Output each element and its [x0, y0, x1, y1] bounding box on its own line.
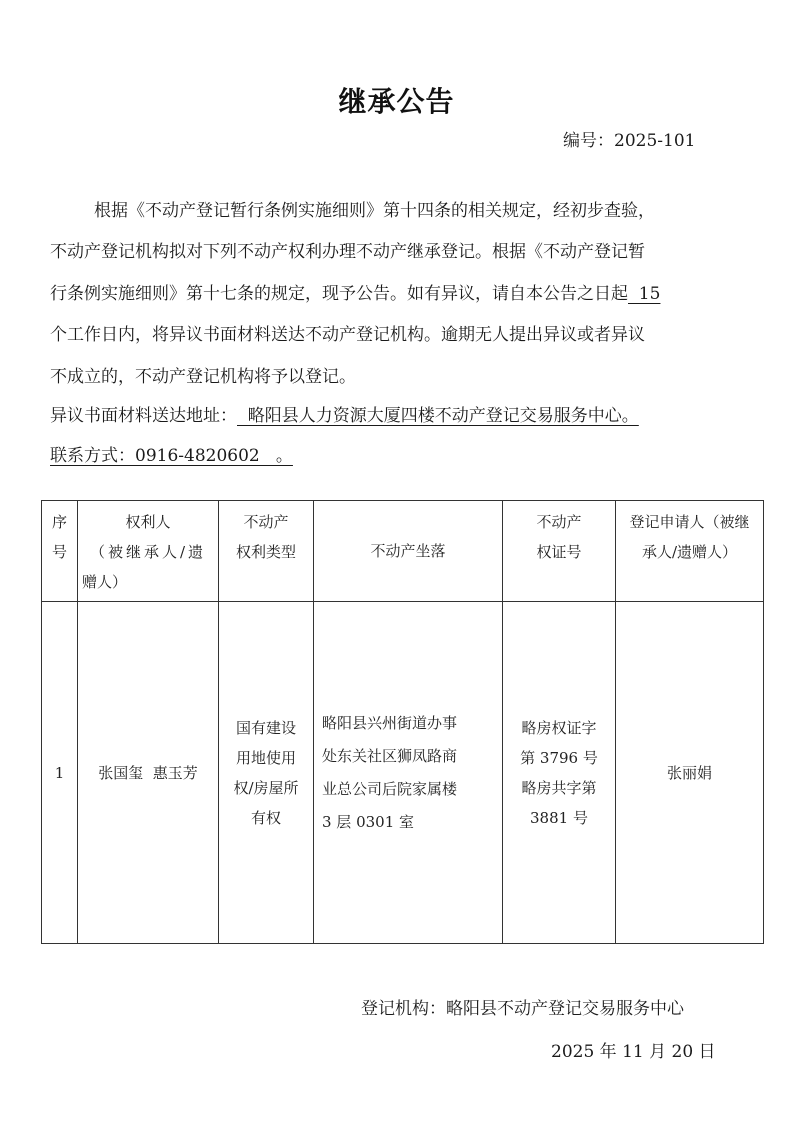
table-header-row: 序 号 权利人 （被继承人/遗 赠人） 不动产 权利类型 不动产坐落 不动产 权…	[42, 501, 764, 602]
cell-right-type: 国有建设 用地使用 权/房屋所 有权	[219, 602, 314, 944]
table-row: 1 张国玺 惠玉芳 国有建设 用地使用 权/房屋所 有权 略阳县兴州街道办事 处…	[42, 602, 764, 944]
body-paragraph-line-5: 不成立的，不动产登记机构将予以登记。	[50, 362, 750, 392]
header-right-holder: 权利人 （被继承人/遗 赠人）	[78, 501, 219, 602]
body-paragraph-line-1: 根据《不动产登记暂行条例实施细则》第十四条的相关规定，经初步查验，	[50, 196, 750, 226]
document-number: 编号：2025-101	[563, 126, 695, 151]
cell-applicant: 张丽娟	[616, 602, 764, 944]
header-index: 序 号	[42, 501, 78, 602]
header-certificate: 不动产 权证号	[503, 501, 616, 602]
cell-index: 1	[42, 602, 78, 944]
objection-period-days: 15	[628, 284, 660, 304]
body-paragraph-line-3: 行条例实施细则》第十七条的规定，现予公告。如有异议，请自本公告之日起 15	[50, 279, 750, 309]
registration-authority: 登记机构：略阳县不动产登记交易服务中心	[361, 994, 684, 1019]
address-label: 异议书面材料送达地址：	[50, 406, 237, 426]
cell-location: 略阳县兴州街道办事 处东关社区狮凤路商 业总公司后院家属楼 3 层 0301 室	[314, 602, 503, 944]
address-value: 略阳县人力资源大厦四楼不动产登记交易服务中心。	[237, 406, 639, 426]
body-text: 行条例实施细则》第十七条的规定，现予公告。如有异议，请自本公告之日起	[50, 284, 628, 304]
cell-right-holders: 张国玺 惠玉芳	[78, 602, 219, 944]
registration-table: 序 号 权利人 （被继承人/遗 赠人） 不动产 权利类型 不动产坐落 不动产 权…	[41, 500, 764, 944]
header-right-type: 不动产 权利类型	[219, 501, 314, 602]
announcement-date: 2025 年 11 月 20 日	[551, 1037, 716, 1062]
document-title: 继承公告	[0, 80, 793, 120]
body-paragraph-line-2: 不动产登记机构拟对下列不动产权利办理不动产继承登记。根据《不动产登记暂	[50, 237, 750, 267]
body-text: 根据《不动产登记暂行条例实施细则》第十四条的相关规定，经初步查验，	[94, 201, 655, 221]
body-paragraph-line-4: 个工作日内，将异议书面材料送达不动产登记机构。逾期无人提出异议或者异议	[50, 320, 750, 350]
objection-address: 异议书面材料送达地址： 略阳县人力资源大厦四楼不动产登记交易服务中心。	[50, 401, 750, 431]
contact-info: 联系方式：0916-4820602 。	[50, 441, 750, 471]
header-location: 不动产坐落	[314, 501, 503, 602]
header-applicant: 登记申请人（被继 承人/遗赠人）	[616, 501, 764, 602]
contact-phone: 联系方式：0916-4820602 。	[50, 446, 293, 466]
cell-certificate: 略房权证字 第 3796 号 略房共字第 3881 号	[503, 602, 616, 944]
